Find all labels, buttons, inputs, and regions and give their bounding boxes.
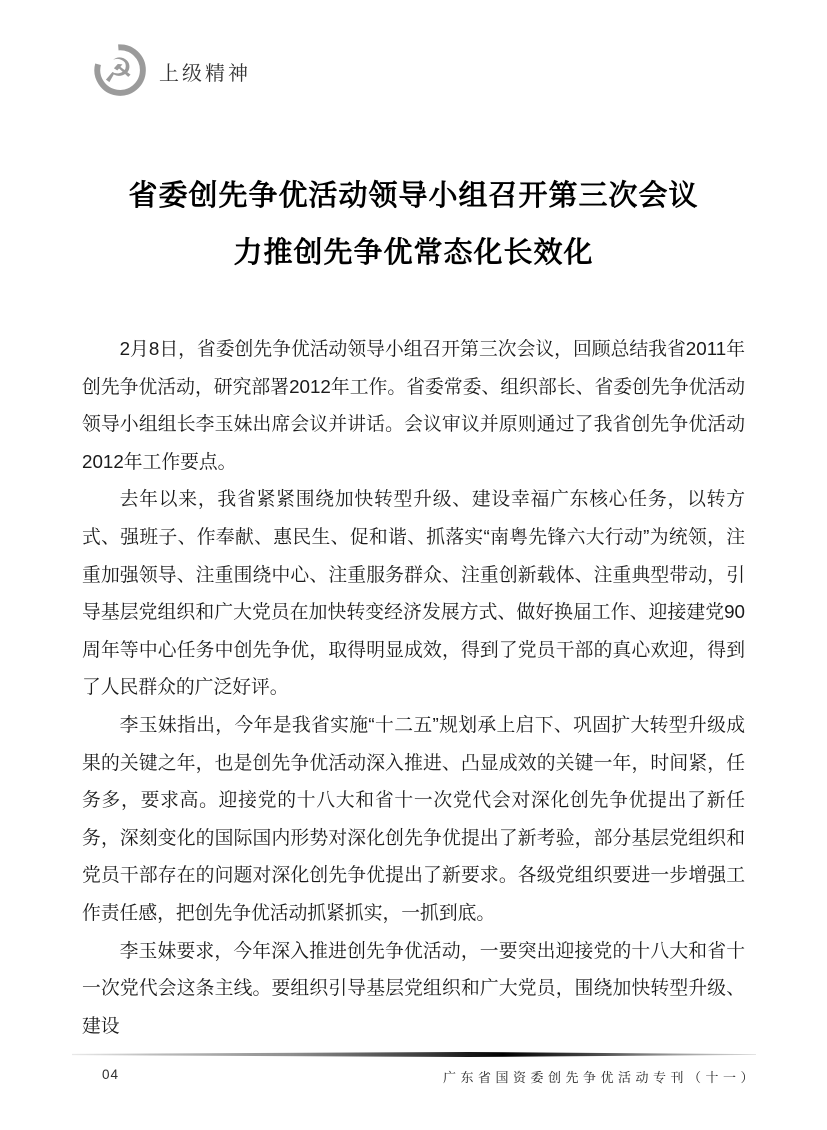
article-title-line1: 省委创先争优活动领导小组召开第三次会议 — [60, 168, 767, 225]
paragraph-4: 李玉妹要求，今年深入推进创先争优活动，一要突出迎接党的十八大和省十一次党代会这条… — [82, 932, 745, 1045]
article-body: 2月8日，省委创先争优活动领导小组召开第三次会议，回顾总结我省2011年创先争优… — [82, 330, 745, 1044]
paragraph-3: 李玉妹指出，今年是我省实施“十二五”规划承上启下、巩固扩大转型升级成果的关键之年… — [82, 706, 745, 932]
footer-rule — [72, 1052, 756, 1057]
paragraph-1: 2月8日，省委创先争优活动领导小组召开第三次会议，回顾总结我省2011年创先争优… — [82, 330, 745, 480]
page-header: ☭ 上级精神 — [93, 44, 251, 98]
section-label: 上级精神 — [159, 57, 251, 86]
article-title: 省委创先争优活动领导小组召开第三次会议 力推创先争优常态化长效化 — [60, 168, 767, 282]
paragraph-2: 去年以来，我省紧紧围绕加快转型升级、建设幸福广东核心任务，以转方式、强班子、作奉… — [82, 480, 745, 706]
party-emblem-icon: ☭ — [93, 44, 147, 98]
document-page: ☭ 上级精神 省委创先争优活动领导小组召开第三次会议 力推创先争优常态化长效化 … — [0, 0, 827, 1130]
article-title-line2: 力推创先争优常态化长效化 — [60, 225, 767, 282]
journal-title: 广东省国资委创先争优活动专刊（十一） — [443, 1067, 758, 1086]
page-number: 04 — [102, 1067, 119, 1082]
svg-text:☭: ☭ — [103, 51, 133, 90]
